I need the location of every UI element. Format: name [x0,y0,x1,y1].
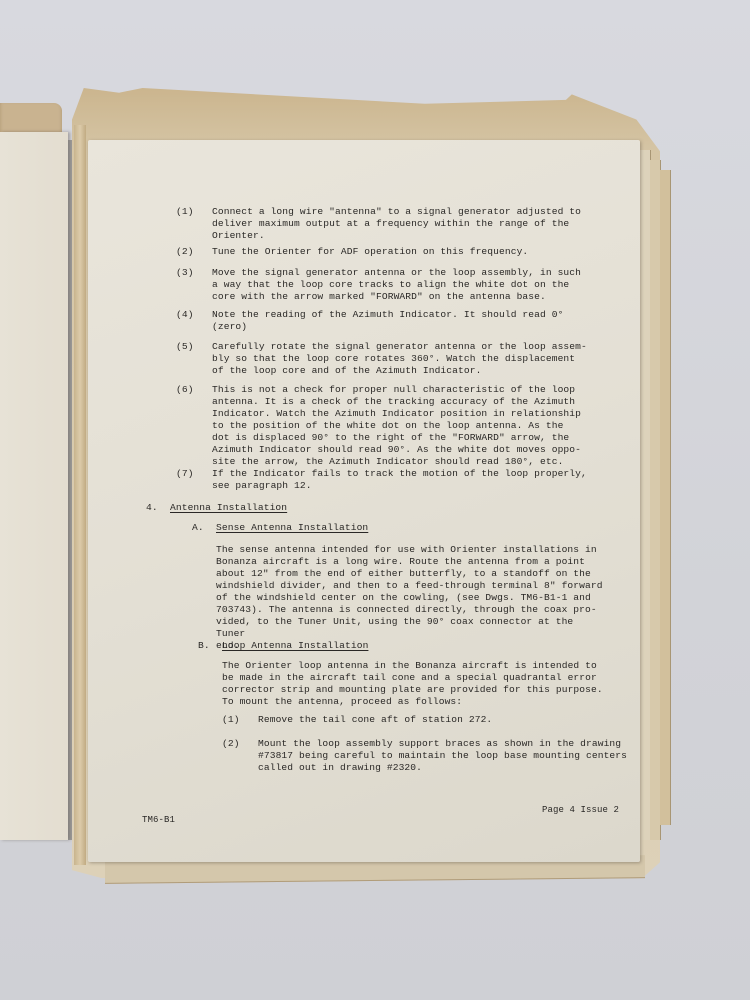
footer-doc-id: TM6-B1 [142,814,175,826]
subsection-a-body: The sense antenna intended for use with … [216,544,606,652]
step-text: Move the signal generator antenna or the… [212,267,602,303]
subsection-number: B. [198,640,210,652]
step-text: If the Indicator fails to track the moti… [212,468,602,492]
footer-page-info: Page 4 Issue 2 [542,804,619,816]
step-text: This is not a check for proper null char… [212,384,602,468]
document-page: (1) Connect a long wire "antenna" to a s… [88,140,640,862]
page-stack-edge [660,170,671,825]
subsection-number: A. [192,522,204,534]
section-number: 4. [146,502,158,514]
step-1: (1) Connect a long wire "antenna" to a s… [212,206,602,242]
step-6: (6) This is not a check for proper null … [212,384,602,468]
loop-step-2: (2) Mount the loop assembly support brac… [258,738,648,774]
subsection-title: Loop Antenna Installation [222,640,368,651]
step-7: (7) If the Indicator fails to track the … [212,468,602,492]
subsection-a-heading: A. Sense Antenna Installation [216,522,368,534]
step-number: (6) [176,384,206,396]
step-2: (2) Tune the Orienter for ADF operation … [212,246,602,258]
step-number: (7) [176,468,206,480]
step-text: Tune the Orienter for ADF operation on t… [212,246,602,258]
step-number: (2) [222,738,252,750]
step-number: (1) [176,206,206,218]
step-text: Mount the loop assembly support braces a… [258,738,648,774]
step-text: Carefully rotate the signal generator an… [212,341,602,377]
left-page [0,132,68,840]
loop-step-1: (1) Remove the tail cone aft of station … [258,714,648,726]
step-3: (3) Move the signal generator antenna or… [212,267,602,303]
step-text: Remove the tail cone aft of station 272. [258,714,648,726]
step-number: (5) [176,341,206,353]
step-4: (4) Note the reading of the Azimuth Indi… [212,309,602,333]
step-number: (3) [176,267,206,279]
step-number: (4) [176,309,206,321]
step-number: (1) [222,714,252,726]
step-text: Connect a long wire "antenna" to a signa… [212,206,602,242]
section-title: Antenna Installation [170,502,287,513]
section-heading: 4. Antenna Installation [170,502,287,514]
subsection-title: Sense Antenna Installation [216,522,368,533]
subsection-b-body: The Orienter loop antenna in the Bonanza… [222,660,612,708]
step-text: Note the reading of the Azimuth Indicato… [212,309,602,333]
subsection-b-heading: B. Loop Antenna Installation [222,640,368,652]
step-number: (2) [176,246,206,258]
folder-spine [74,125,86,865]
step-5: (5) Carefully rotate the signal generato… [212,341,602,377]
